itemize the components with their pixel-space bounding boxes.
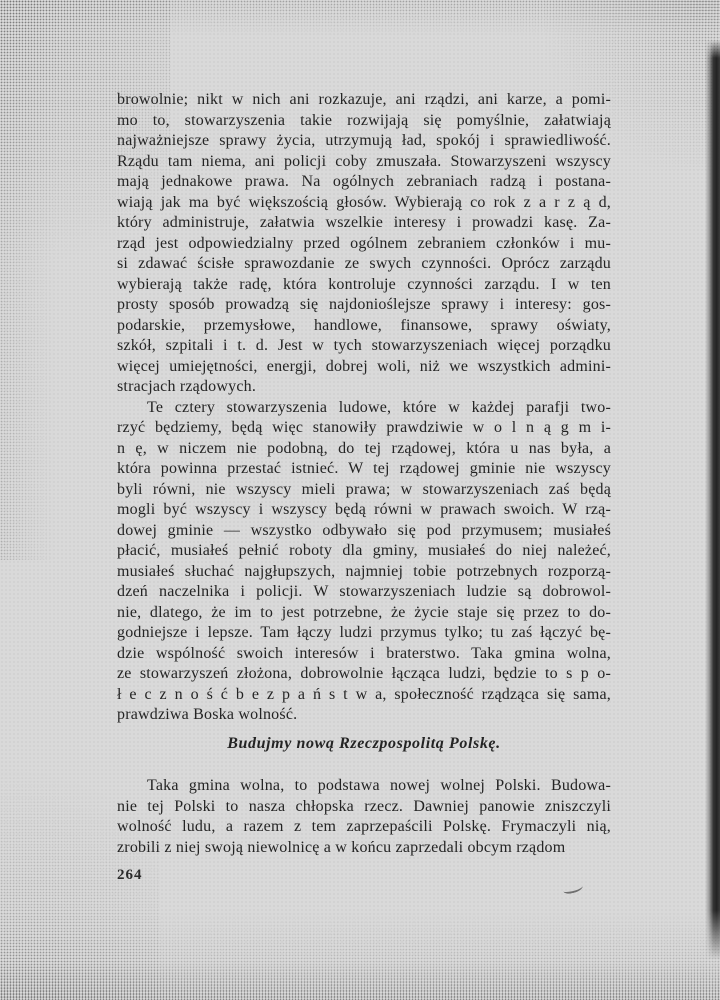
text-line: rząd jest odpowiedzialny przed ogólnem z… [117,234,611,255]
text-line: płacić, musiałeś pełnić roboty dla gminy… [117,541,611,562]
text-block: browolnie; nikt w nich ani rozkazuje, an… [117,90,611,858]
paragraph: Taka gmina wolna, to podstawa nowej woln… [117,776,611,858]
scan-edge-band [705,40,720,960]
page-number: 264 [117,867,143,884]
scan-noise-top [0,0,720,36]
text-line: browolnie; nikt w nich ani rozkazuje, an… [117,90,611,111]
text-line: godniejsze i lepsze. Tam łączy ludzi prz… [117,623,611,644]
text-line: mo to, stowarzyszenia takie rozwijają si… [117,111,611,132]
text-line: która powinna przestać istnieć. W tej rz… [117,459,611,480]
text-line: musiałeś słuchać najgłupszych, najmniej … [117,562,611,583]
text-line: dzie wspólność swoich interesów i brater… [117,644,611,665]
text-line: mają jednakowe prawa. Na ogólnych zebran… [117,172,611,193]
text-line: ł e c z n o ś ć b e z p a ń s t w a, spo… [117,685,611,706]
text-line: wiają jak ma być większością głosów. Wyb… [117,193,611,214]
text-line: stracjach rządowych. [117,377,611,398]
text-line: prawdziwa Boska wolność. [117,705,611,726]
text-line: dzeń naczelnika i policji. W stowarzysze… [117,582,611,603]
text-line: Taka gmina wolna, to podstawa nowej woln… [117,776,611,797]
scan-noise-left [0,0,55,560]
text-line: si zdawać ścisłe sprawozdanie ze swych c… [117,254,611,275]
text-line: Rządu tam niema, ani policji coby zmusza… [117,152,611,173]
text-line: nie, dlatego, że im to jest potrzebne, ż… [117,603,611,624]
text-line: najważniejsze sprawy życia, utrzymują ła… [117,131,611,152]
pen-mark [562,882,583,895]
text-line: dowej gminie — wszystko odbywało się pod… [117,521,611,542]
paragraph: Te cztery stowarzyszenia ludowe, które w… [117,398,611,726]
section-heading: Budujmy nową Rzeczpospolitą Polskę. [117,734,611,755]
text-line: który administruje, załatwia wszelkie in… [117,213,611,234]
text-line: prosty sposób prowadzą się najdonioślejs… [117,295,611,316]
text-line: nie tej Polski to nasza chłopska rzecz. … [117,797,611,818]
text-line: mogli być wszyscy i wszyscy będą równi w… [117,500,611,521]
text-line: byli równi, nie wszyscy mieli prawa; w s… [117,480,611,501]
text-line: zrobili z niej swoją niewolnicę a w końc… [117,838,611,859]
text-line: szkół, szpitali i t. d. Jest w tych stow… [117,336,611,357]
scan-noise-bottom [0,912,720,1000]
text-line: n ę, w niczem nie podobną, do tej rządow… [117,439,611,460]
text-line: ze stowarzyszeń złożona, dobrowolnie łąc… [117,664,611,685]
text-line: rzyć będziemy, będą więc stanowiły prawd… [117,418,611,439]
paragraph: browolnie; nikt w nich ani rozkazuje, an… [117,90,611,398]
text-line: więcej umiejętności, energji, dobrej wol… [117,357,611,378]
scan-noise-bottom-edge [0,962,720,1000]
text-line: Te cztery stowarzyszenia ludowe, które w… [117,398,611,419]
text-line: wolność ludu, a razem z tem zaprzepaścil… [117,817,611,838]
text-line: wybierają także radę, która kontroluje c… [117,275,611,296]
scanned-page: browolnie; nikt w nich ani rozkazuje, an… [0,0,720,1000]
text-line: podarskie, przemysłowe, handlowe, finans… [117,316,611,337]
